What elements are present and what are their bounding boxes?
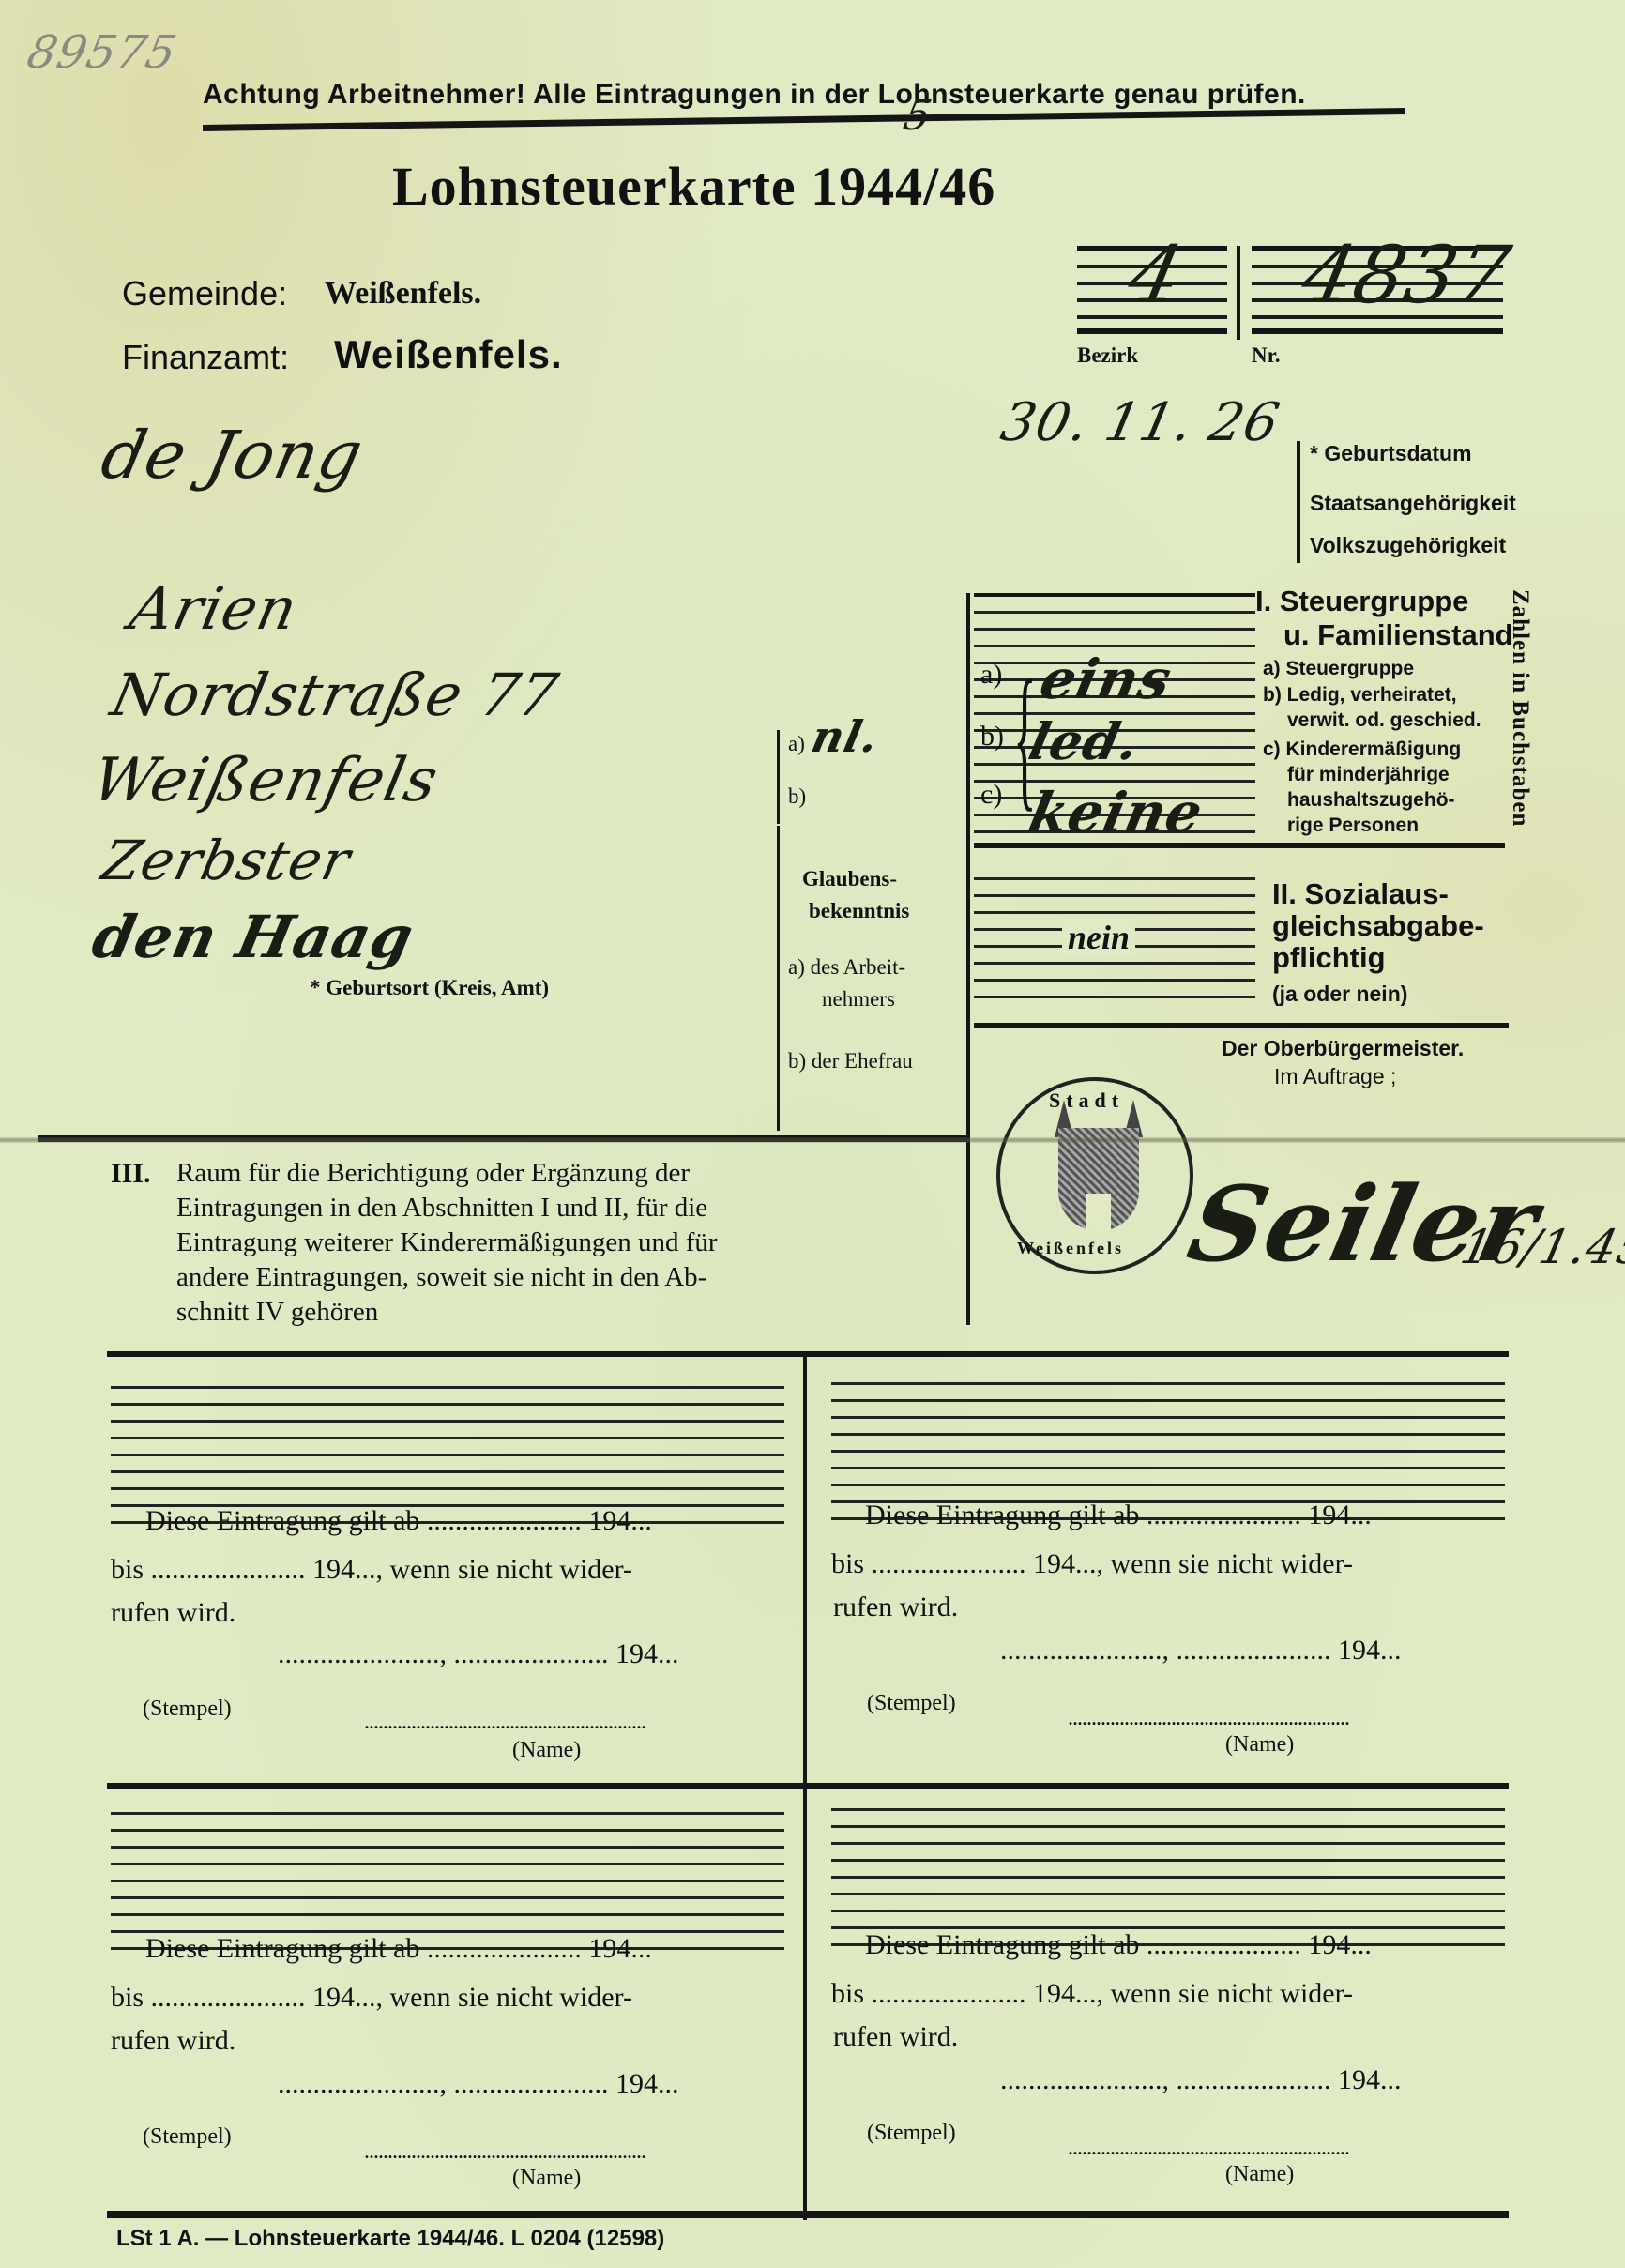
section1-c-value: keine xyxy=(1024,781,1209,845)
birthdate-value: 30. 11. 26 xyxy=(995,392,1285,453)
panels-row2-divider xyxy=(803,1789,807,2220)
panel-name-line: ........................................… xyxy=(364,1710,645,1735)
section1-desc-a: a) Steuergruppe xyxy=(1263,657,1414,681)
section2-title-l2: gleichsabgabe- xyxy=(1272,910,1484,941)
section3-text-l4: andere Eintragungen, soweit sie nicht in… xyxy=(176,1260,706,1295)
gemeinde-label: Gemeinde: xyxy=(122,274,287,313)
panel-stamp-label: (Stempel) xyxy=(867,1691,956,1716)
title-struck-digit: 45 xyxy=(895,156,923,217)
paper-fold xyxy=(0,1137,1625,1143)
section2-title-l1: II. Sozialaus- xyxy=(1272,878,1449,909)
panel-valid-until: bis ...................... 194..., wenn … xyxy=(111,1548,632,1592)
gemeinde-value: Weißenfels. xyxy=(325,276,481,312)
religion-title-l2: bekenntnis xyxy=(809,899,909,923)
given-name-handwritten: Arien xyxy=(125,580,302,638)
religion-a-value: nl. xyxy=(807,711,883,762)
finanzamt-value: Weißenfels. xyxy=(334,332,563,377)
section3-number: III. xyxy=(111,1156,151,1192)
section3-text-l1: Raum für die Berichtigung oder Ergänzung… xyxy=(176,1156,690,1191)
section3-text-l3: Eintragung weiterer Kinderermäßigungen u… xyxy=(176,1225,718,1260)
section2-title-l3: pflichtig xyxy=(1272,942,1386,973)
panels-row1-divider xyxy=(803,1357,807,1789)
street-handwritten: Nordstraße 77 xyxy=(106,666,563,724)
section1-side-note: Zahlen in Buchstaben xyxy=(1507,589,1533,827)
panel-valid-until: bis ...................... 194..., wenn … xyxy=(831,1543,1353,1587)
signature-date: 16/1.45 xyxy=(1456,1220,1625,1274)
birthplace-district-handwritten: Zerbster xyxy=(98,833,356,888)
panel-name-label: (Name) xyxy=(1225,2162,1294,2187)
bezirk-nr-divider xyxy=(1237,246,1240,340)
section1-title-l2: u. Familienstand xyxy=(1283,619,1513,650)
panel-valid-until: bis ...................... 194..., wenn … xyxy=(111,1976,632,2020)
panel-name-label: (Name) xyxy=(512,1738,581,1763)
religion-top-divider xyxy=(777,730,780,824)
section2-value: nein xyxy=(1062,918,1135,957)
bezirk-label: Bezirk xyxy=(1077,343,1138,368)
panel-name-label: (Name) xyxy=(512,2166,581,2191)
panels-top-rule xyxy=(107,1351,1509,1357)
panel-stamp-label: (Stempel) xyxy=(143,1697,232,1722)
authority-line1: Der Oberbürgermeister. xyxy=(1222,1036,1464,1061)
religion-a-label: a) xyxy=(788,732,805,756)
religion-item-a-l1: a) des Arbeit- xyxy=(788,955,905,980)
city-handwritten: Weißenfels xyxy=(87,751,443,811)
section3-text-l2: Eintragungen in den Abschnitten I und II… xyxy=(176,1191,707,1225)
religion-left-divider xyxy=(777,826,780,1131)
section1-desc-c-l1: c) Kinderermäßigung xyxy=(1263,738,1461,762)
panel-place-date: ......................., ...............… xyxy=(278,2063,679,2107)
panel-revocation: rufen wird. xyxy=(833,1586,958,1630)
section1-bottom-rule xyxy=(974,843,1505,848)
panel-name-line: ........................................… xyxy=(364,2139,645,2165)
section1-b-label: b) xyxy=(980,721,1004,753)
section1-desc-c-l2: für minderjährige xyxy=(1287,763,1450,787)
finanzamt-label: Finanzamt: xyxy=(122,338,289,377)
section2-bottom-rule xyxy=(974,1023,1509,1028)
panel-valid-from: Diese Eintragung gilt ab ...............… xyxy=(865,1924,1372,1968)
warning-notice: Achtung Arbeitnehmer! Alle Eintragungen … xyxy=(203,79,1306,111)
authority-line2: Im Auftrage ; xyxy=(1274,1064,1396,1089)
religion-item-b: b) der Ehefrau xyxy=(788,1049,913,1073)
panel-valid-from: Diese Eintragung gilt ab ...............… xyxy=(145,1927,652,1971)
birthdate-label: * Geburtsdatum xyxy=(1310,441,1472,466)
section1-desc-c-l4: rige Personen xyxy=(1287,814,1419,838)
stamp-text-top: Stadt xyxy=(1049,1088,1124,1113)
surname-handwritten: de Jong xyxy=(97,422,369,488)
panel-revocation: rufen wird. xyxy=(111,2019,235,2063)
city-stamp: Stadt Weißenfels xyxy=(996,1077,1193,1274)
panel-stamp-label: (Stempel) xyxy=(867,2121,956,2146)
panel-name-line: ........................................… xyxy=(1068,2136,1349,2161)
panel-revocation: rufen wird. xyxy=(111,1591,235,1636)
section3-text-l5: schnitt IV gehören xyxy=(176,1295,378,1330)
birthplace-handwritten: den Haag xyxy=(87,908,418,967)
religion-item-a-l2: nehmers xyxy=(822,987,895,1012)
panels-middle-rule xyxy=(107,1783,1509,1789)
citizenship-label: Staatsangehörigkeit xyxy=(1310,491,1516,516)
panel-place-date: ......................., ...............… xyxy=(1000,2059,1402,2103)
panel-name-label: (Name) xyxy=(1225,1732,1294,1758)
section1-a-value: eins xyxy=(1035,647,1177,711)
birthdate-bracket xyxy=(1297,441,1300,563)
panels-bottom-rule xyxy=(107,2211,1509,2218)
religion-b-label: b) xyxy=(788,784,806,809)
section-left-border xyxy=(966,593,970,1325)
panel-stamp-label: (Stempel) xyxy=(143,2124,232,2150)
stamp-text-bottom: Weißenfels xyxy=(1017,1239,1124,1258)
panel-valid-from: Diese Eintragung gilt ab ...............… xyxy=(865,1494,1372,1538)
form-id-footer: LSt 1 A. — Lohnsteuerkarte 1944/46. L 02… xyxy=(116,2226,664,2252)
section1-c-label: c) xyxy=(980,779,1002,811)
section2-hint: (ja oder nein) xyxy=(1272,982,1407,1007)
nr-label: Nr. xyxy=(1252,343,1280,368)
birthplace-label: * Geburtsort (Kreis, Amt) xyxy=(310,976,549,1000)
section1-a-label: a) xyxy=(980,659,1002,691)
ethnicity-label: Volkszugehörigkeit xyxy=(1310,533,1506,558)
section1-title-l1: I. Steuergruppe xyxy=(1255,586,1468,616)
panel-valid-until: bis ...................... 194..., wenn … xyxy=(831,1972,1353,2017)
archive-number: 89575 xyxy=(23,26,182,79)
nr-value: 4837 xyxy=(1295,229,1519,321)
panel-place-date: ......................., ...............… xyxy=(278,1633,679,1677)
panel-name-line: ........................................… xyxy=(1068,1706,1349,1731)
section1-desc-b-l2: verwit. od. geschied. xyxy=(1287,708,1481,733)
panel-revocation: rufen wird. xyxy=(833,2016,958,2060)
document-title: Lohnsteuerkarte 19445/46 xyxy=(392,155,995,218)
panel-place-date: ......................., ...............… xyxy=(1000,1629,1402,1673)
panel-valid-from: Diese Eintragung gilt ab ...............… xyxy=(145,1499,652,1544)
section1-desc-b-l1: b) Ledig, verheiratet, xyxy=(1263,683,1457,708)
religion-title-l1: Glaubens- xyxy=(802,867,897,891)
section1-b-value: led. xyxy=(1024,711,1145,771)
section1-desc-c-l3: haushaltszugehö- xyxy=(1287,788,1455,813)
